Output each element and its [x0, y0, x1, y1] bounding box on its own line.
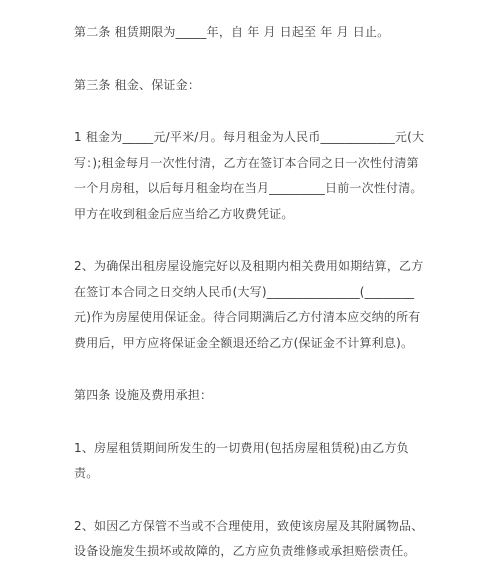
clause-4-item-2-damage-liability: 2、如因乙方保管不当或不合理使用，致使该房屋及其附属物品、设备设施发生损坏或故障… [74, 514, 426, 565]
clause-2-lease-term: 第二条 租赁期限为_____年，自 年 月 日起至 年 月 日止。 [74, 20, 426, 46]
clause-4-heading: 第四条 设施及费用承担： [74, 383, 426, 409]
clause-3-heading: 第三条 租金、保证金： [74, 73, 426, 99]
clause-3-item-2-security-deposit: 2、为确保出租房屋设施完好以及租期内相关费用如期结算，乙方在签订本合同之日交纳人… [74, 254, 426, 356]
contract-document: 第二条 租赁期限为_____年，自 年 月 日起至 年 月 日止。 第三条 租金… [74, 0, 426, 565]
clause-3-item-1-rent-payment: 1 租金为_____元/平米/月。每月租金为人民币____________元(大… [74, 125, 426, 227]
clause-4-item-1-fees: 1、房屋租赁期间所发生的一切费用(包括房屋租赁税)由乙方负责。 [74, 436, 426, 487]
